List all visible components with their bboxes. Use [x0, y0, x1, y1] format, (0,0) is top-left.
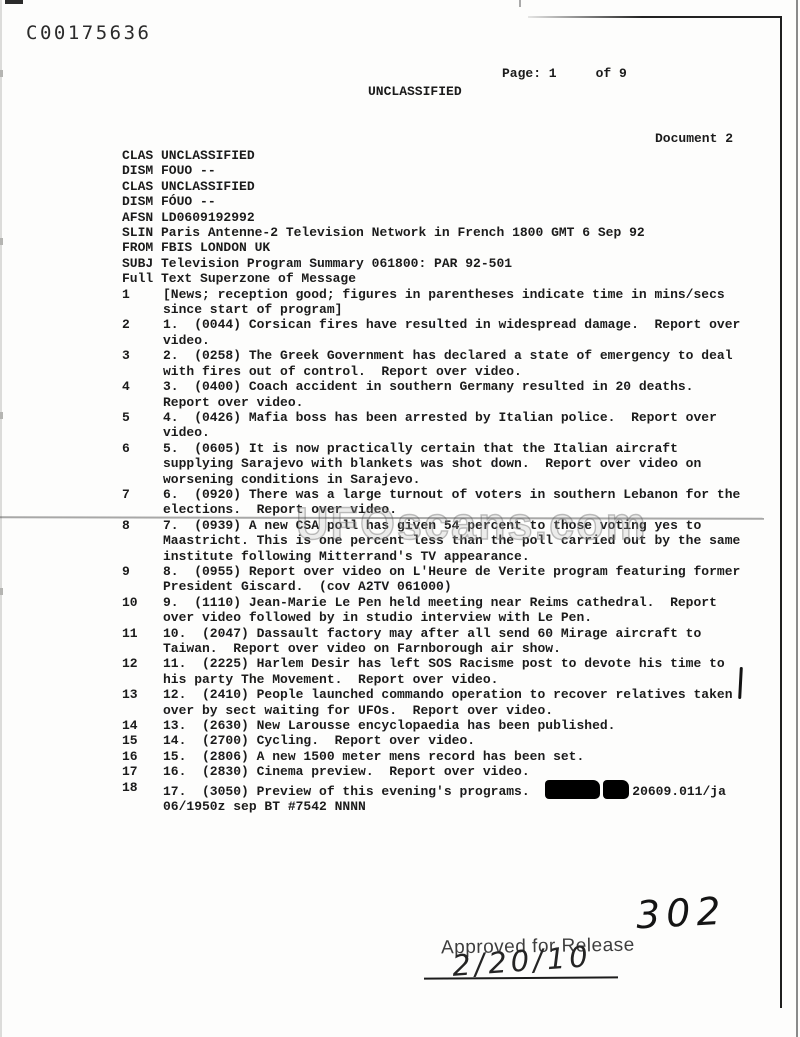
message-field-line: AFSN LD0609192992: [122, 210, 740, 225]
page-top-border-line: [528, 16, 782, 18]
message-body: CLAS UNCLASSIFIEDDISM FOUO --CLAS UNCLAS…: [122, 148, 740, 814]
message-field-line: SUBJ Television Program Summary 061800: …: [122, 256, 740, 271]
paragraph-number: 1: [122, 287, 163, 318]
paragraph-number: 17: [122, 764, 163, 779]
paragraph-text: 11. (2225) Harlem Desir has left SOS Rac…: [163, 656, 725, 687]
left-edge-tick: [0, 412, 3, 419]
left-edge-tick: [0, 70, 3, 77]
message-field-line: DISM FOUO --: [122, 163, 740, 178]
paragraph-text: 9. (1110) Jean-Marie Le Pen held meeting…: [163, 595, 717, 626]
left-edge-tick: [0, 588, 3, 595]
paragraph-row: 43. (0400) Coach accident in southern Ge…: [122, 379, 740, 410]
left-edge-tick: [0, 238, 3, 245]
paragraph-text: [News; reception good; figures in parent…: [163, 287, 725, 318]
paragraph-number: 10: [122, 595, 163, 626]
paragraph-number: 13: [122, 687, 163, 718]
paragraph-number: 8: [122, 518, 163, 564]
paragraph-row: 21. (0044) Corsican fires have resulted …: [122, 317, 740, 348]
handwritten-page-number: 302: [635, 889, 728, 938]
paragraph-row: 1817. (3050) Preview of this evening's p…: [122, 780, 740, 815]
paragraph-number: 12: [122, 656, 163, 687]
page-label: Page: 1: [502, 66, 557, 81]
margin-pen-mark: [738, 667, 743, 699]
paragraph-text: 3. (0400) Coach accident in southern Ger…: [163, 379, 694, 410]
message-header-fields: CLAS UNCLASSIFIEDDISM FOUO --CLAS UNCLAS…: [122, 148, 740, 271]
paragraph-text: 5. (0605) It is now practically certain …: [163, 441, 701, 487]
paragraph-text: 1. (0044) Corsican fires have resulted i…: [163, 317, 740, 348]
paragraph-number: 2: [122, 317, 163, 348]
paragraph-row: 1514. (2700) Cycling. Report over video.: [122, 733, 740, 748]
paragraph-number: 5: [122, 410, 163, 441]
paragraph-row: 109. (1110) Jean-Marie Le Pen held meeti…: [122, 595, 740, 626]
paragraph-row: 98. (0955) Report over video on L'Heure …: [122, 564, 740, 595]
classification-marking: UNCLASSIFIED: [368, 84, 462, 99]
paragraph-row: 1413. (2630) New Larousse encyclopaedia …: [122, 718, 740, 733]
paragraph-number: 7: [122, 487, 163, 518]
message-paragraphs: 1[News; reception good; figures in paren…: [122, 287, 740, 815]
document-id-number: C00175636: [26, 22, 151, 44]
paragraph-number: 4: [122, 379, 163, 410]
paragraph-text: 17. (3050) Preview of this evening's pro…: [163, 780, 726, 815]
paragraph-text: 16. (2830) Cinema preview. Report over v…: [163, 764, 530, 779]
message-field-line: DISM FÓUO --: [122, 194, 740, 209]
paragraph-text: 15. (2806) A new 1500 meter mens record …: [163, 749, 584, 764]
paragraph-text: 12. (2410) People launched commando oper…: [163, 687, 733, 718]
paragraph-text: 13. (2630) New Larousse encyclopaedia ha…: [163, 718, 615, 733]
paragraph-row: 1312. (2410) People launched commando op…: [122, 687, 740, 718]
paragraph-text: 4. (0426) Mafia boss has been arrested b…: [163, 410, 717, 441]
right-scan-edge: [796, 0, 798, 1037]
watermark-text: UFOscans.com: [296, 498, 648, 550]
redaction-bar: [603, 780, 629, 799]
paragraph-number: 18: [122, 780, 163, 815]
paragraph-number: 3: [122, 348, 163, 379]
paragraph-number: 16: [122, 749, 163, 764]
paragraph-row: 65. (0605) It is now practically certain…: [122, 441, 740, 487]
top-left-smudge: [5, 0, 23, 4]
page-indicator: Page: 1 of 9: [502, 66, 627, 81]
paragraph-row: 1716. (2830) Cinema preview. Report over…: [122, 764, 740, 779]
message-field-line: SLIN Paris Antenne-2 Television Network …: [122, 225, 740, 240]
top-edge-tick: [519, 0, 521, 7]
left-scan-edge: [0, 0, 2, 1037]
paragraph-row: 1211. (2225) Harlem Desir has left SOS R…: [122, 656, 740, 687]
message-field-line: FROM FBIS LONDON UK: [122, 240, 740, 255]
paragraph-text: 8. (0955) Report over video on L'Heure d…: [163, 564, 740, 595]
paragraph-number: 14: [122, 718, 163, 733]
paragraph-text: 2. (0258) The Greek Government has decla…: [163, 348, 733, 379]
paragraph-number: 15: [122, 733, 163, 748]
redaction-bar: [545, 780, 600, 799]
scanned-document-page: C00175636 Page: 1 of 9 UNCLASSIFIED Docu…: [0, 0, 800, 1037]
paragraph-number: 6: [122, 441, 163, 487]
release-date-underline: [424, 976, 618, 979]
message-field-line: CLAS UNCLASSIFIED: [122, 179, 740, 194]
full-text-label: Full Text Superzone of Message: [122, 271, 740, 286]
paragraph-number: 9: [122, 564, 163, 595]
page-right-border-line: [780, 16, 782, 1008]
paragraph-row: 32. (0258) The Greek Government has decl…: [122, 348, 740, 379]
paragraph-text: 10. (2047) Dassault factory may after al…: [163, 626, 701, 657]
paragraph-number: 11: [122, 626, 163, 657]
message-field-line: CLAS UNCLASSIFIED: [122, 148, 740, 163]
page-of-label: of 9: [596, 66, 627, 81]
paragraph-row: 1110. (2047) Dassault factory may after …: [122, 626, 740, 657]
paragraph-row: 1615. (2806) A new 1500 meter mens recor…: [122, 749, 740, 764]
paragraph-text: 14. (2700) Cycling. Report over video.: [163, 733, 475, 748]
document-label: Document 2: [655, 131, 733, 146]
paragraph-row: 1[News; reception good; figures in paren…: [122, 287, 740, 318]
paragraph-row: 54. (0426) Mafia boss has been arrested …: [122, 410, 740, 441]
